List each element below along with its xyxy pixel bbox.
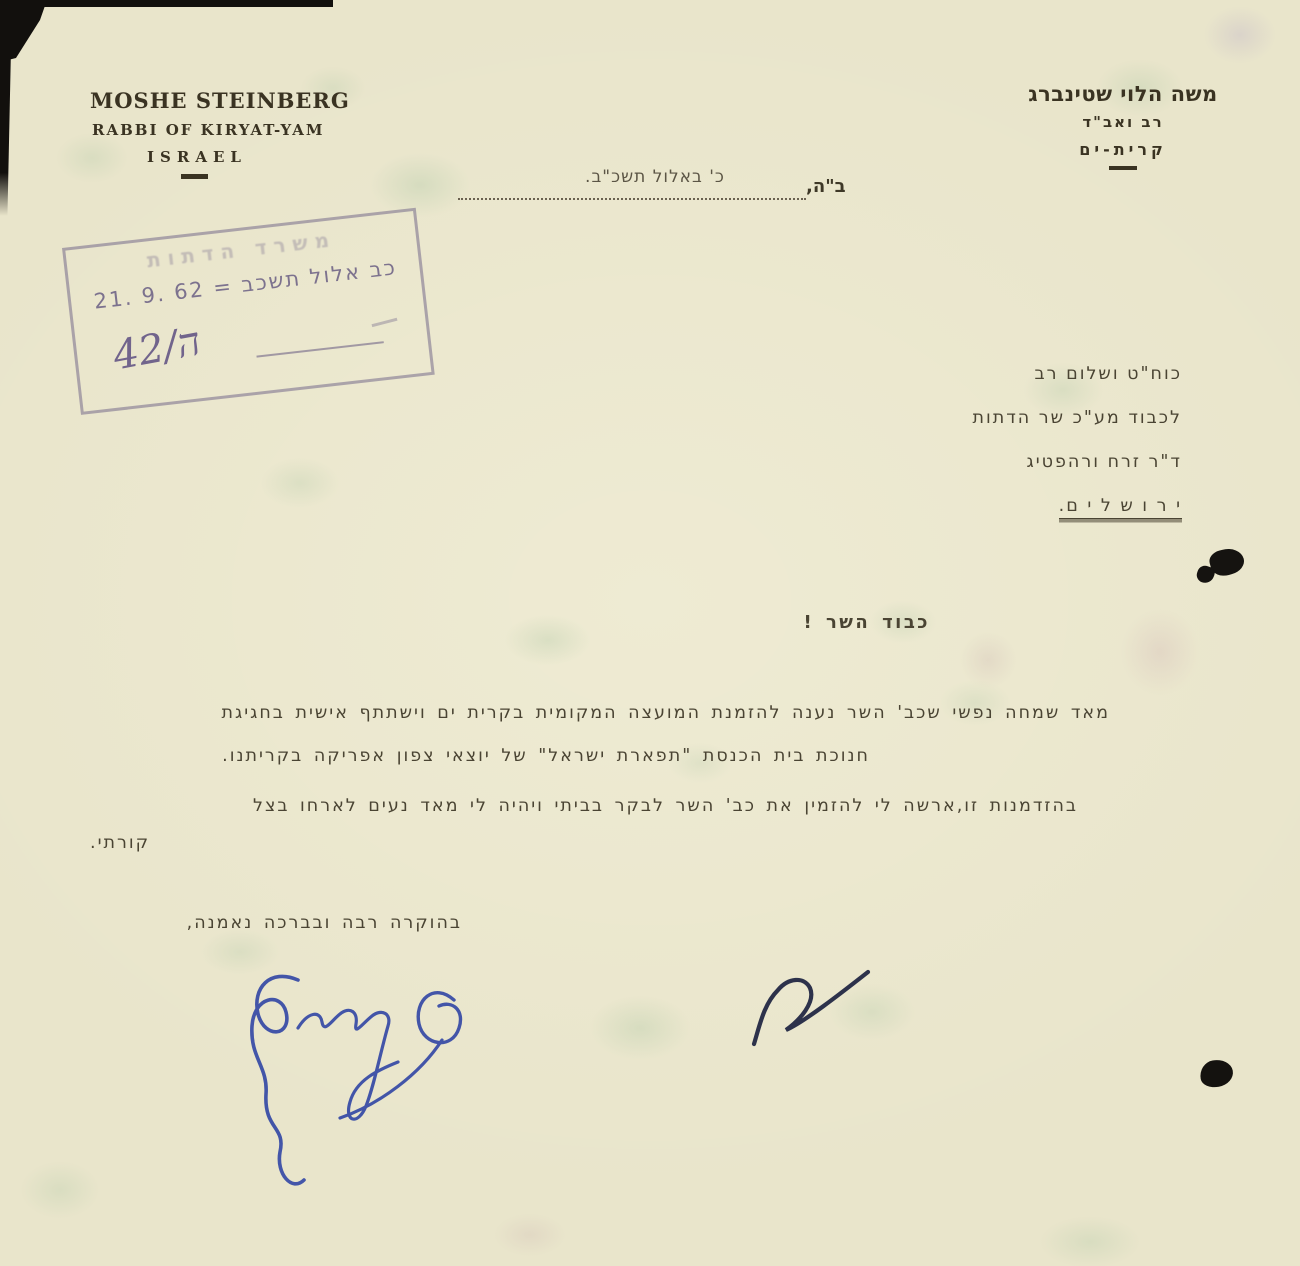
letterhead-he-city: קרית-ים xyxy=(1023,140,1223,159)
scanned-letter-page: MOSHE STEINBERG RABBI OF KIRYAT-YAM ISRA… xyxy=(0,0,1300,1266)
letterhead-english: MOSHE STEINBERG RABBI OF KIRYAT-YAM ISRA… xyxy=(90,88,350,179)
typed-hebrew-date: כ' באלול תשכ"ב. xyxy=(540,167,770,187)
recipient-honorific: לכבוד מע"כ שר הדתות xyxy=(972,396,1182,440)
stamp-smudge xyxy=(372,318,398,327)
letterhead-he-rule xyxy=(1109,166,1137,170)
recipient-greeting: כוח"ט ושלום רב xyxy=(972,352,1182,396)
body-paragraph2-line2: קורתי. xyxy=(90,833,150,853)
scan-artifact-top-edge xyxy=(0,0,333,7)
letterhead-he-name: משה הלוי שטינברג xyxy=(1023,82,1223,106)
ink-mark xyxy=(740,966,885,1066)
body-paragraph2-line1: בהזדמנות זו,ארשה לי להזמין את כב' השר לב… xyxy=(253,796,1078,816)
letterhead-en-country: ISRAEL xyxy=(147,148,350,166)
recipient-name: ד"ר זרח ורהפטיג xyxy=(972,440,1182,484)
body-paragraph1-line1: מאד שמחה נפשי שכב' השר נענה להזמנת המועצ… xyxy=(222,703,1110,723)
punch-hole-mark-lower xyxy=(1198,1057,1235,1089)
stamp-handwritten-ref: 42/ה xyxy=(109,317,204,379)
closing-phrase: בהוקרה רבה ובברכה נאמנה, xyxy=(187,913,462,933)
letterhead-en-name: MOSHE STEINBERG xyxy=(90,88,350,113)
scan-artifact-left-edge xyxy=(0,0,12,216)
recipient-city-text: י ר ו ש ל י ם. xyxy=(1059,496,1182,519)
body-paragraph1-line2: חנוכת בית הכנסת "תפארת ישראל" של יוצאי צ… xyxy=(222,746,870,766)
letterhead-he-title: רב ואב"ד xyxy=(1023,113,1223,131)
received-stamp: משרד הדתות 21. 9. 62 = כב אלול תשכב 42/ה xyxy=(62,208,435,415)
letterhead-en-title: RABBI OF KIRYAT-YAM xyxy=(92,121,350,139)
recipient-city: י ר ו ש ל י ם. xyxy=(972,484,1182,528)
signature-ink xyxy=(228,966,478,1201)
stamp-blank-line xyxy=(256,341,383,357)
letterhead-hebrew: משה הלוי שטינברג רב ואב"ד קרית-ים xyxy=(1023,82,1223,170)
bsd-mark: ב"ה, xyxy=(806,176,846,197)
salutation: כבוד השר ! xyxy=(803,612,930,633)
recipient-block: כוח"ט ושלום רב לכבוד מע"כ שר הדתות ד"ר ז… xyxy=(972,352,1182,528)
letterhead-en-rule xyxy=(181,174,208,179)
